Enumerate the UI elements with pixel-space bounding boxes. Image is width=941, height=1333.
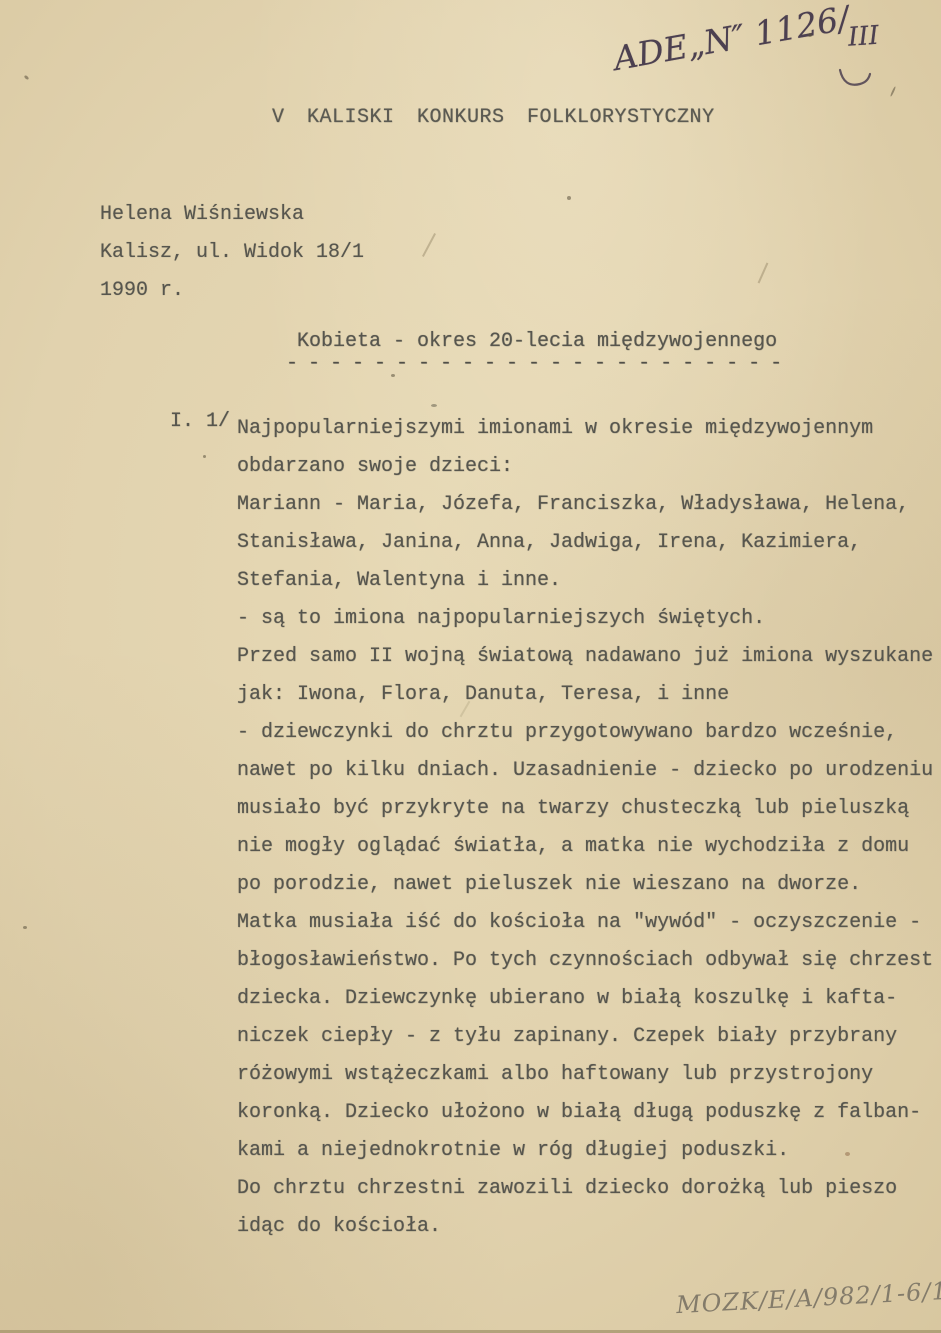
document-subtitle: Kobieta - okres 20-lecia międzywojennego <box>297 330 777 353</box>
paper-speck <box>391 374 395 377</box>
body-line: koronką. Dziecko ułożono w białą długą p… <box>237 1094 933 1132</box>
paper-speck <box>845 1152 850 1156</box>
body-line: dziecka. Dziewczynkę ubierano w białą ko… <box>237 980 933 1018</box>
body-line: musiało być przykryte na twarzy chustecz… <box>237 790 933 828</box>
body-line: Do chrztu chrzestni zawozili dziecko dor… <box>237 1170 933 1208</box>
paper-speck <box>24 75 30 81</box>
pen-flourish-stroke <box>836 60 878 94</box>
body-line: Stefania, Walentyna i inne. <box>237 562 933 600</box>
paper-speck <box>890 86 896 97</box>
paper-speck <box>808 33 812 37</box>
body-line: różowymi wstążeczkami albo haftowany lub… <box>237 1056 933 1094</box>
paper-speck <box>203 455 206 458</box>
paper-speck <box>431 404 437 407</box>
body-line: nie mogły oglądać światła, a matka nie w… <box>237 828 933 866</box>
body-line: Najpopularniejszymi imionami w okresie m… <box>237 410 933 448</box>
scanned-document-page: ADE„N″ 1126/III V KALISKI KONKURS FOLKLO… <box>0 0 941 1333</box>
inventory-number-annotation: MOZK/E/A/982/1-6/1 <box>675 1277 941 1319</box>
archival-number-sub: III <box>847 21 880 53</box>
body-line: - są to imiona najpopularniejszych święt… <box>237 600 933 638</box>
body-line: nawet po kilku dniach. Uzasadnienie - dz… <box>237 752 933 790</box>
body-line: po porodzie, nawet pieluszek nie wieszan… <box>237 866 933 904</box>
body-line: Przed samo II wojną światową nadawano ju… <box>237 638 933 676</box>
author-name: Helena Wiśniewska <box>100 196 364 234</box>
paper-crease <box>422 233 436 257</box>
document-body: Najpopularniejszymi imionami w okresie m… <box>237 410 933 1246</box>
body-line: jak: Iwona, Flora, Danuta, Teresa, i inn… <box>237 676 933 714</box>
document-title: V KALISKI KONKURS FOLKLORYSTYCZNY <box>272 106 715 129</box>
body-line: niczek ciepły - z tyłu zapinany. Czepek … <box>237 1018 933 1056</box>
section-marker: I. 1/ <box>170 410 230 433</box>
body-line: Mariann - Maria, Józefa, Franciszka, Wła… <box>237 486 933 524</box>
paper-crease <box>758 263 769 284</box>
body-line: obdarzano swoje dzieci: <box>237 448 933 486</box>
paper-speck <box>23 926 27 929</box>
archival-number-main: ADE„N″ 1126/ <box>611 0 852 78</box>
document-year: 1990 r. <box>100 272 364 310</box>
author-block: Helena Wiśniewska Kalisz, ul. Widok 18/1… <box>100 196 364 310</box>
author-address: Kalisz, ul. Widok 18/1 <box>100 234 364 272</box>
body-line: Stanisława, Janina, Anna, Jadwiga, Irena… <box>237 524 933 562</box>
subtitle-underline: - - - - - - - - - - - - - - - - - - - - … <box>286 352 781 375</box>
body-line: - dziewczynki do chrztu przygotowywano b… <box>237 714 933 752</box>
body-line: Matka musiała iść do kościoła na "wywód"… <box>237 904 933 942</box>
body-line: kami a niejednokrotnie w róg długiej pod… <box>237 1132 933 1170</box>
body-line: idąc do kościoła. <box>237 1208 933 1246</box>
paper-speck <box>567 196 571 200</box>
body-line: błogosławieństwo. Po tych czynnościach o… <box>237 942 933 980</box>
